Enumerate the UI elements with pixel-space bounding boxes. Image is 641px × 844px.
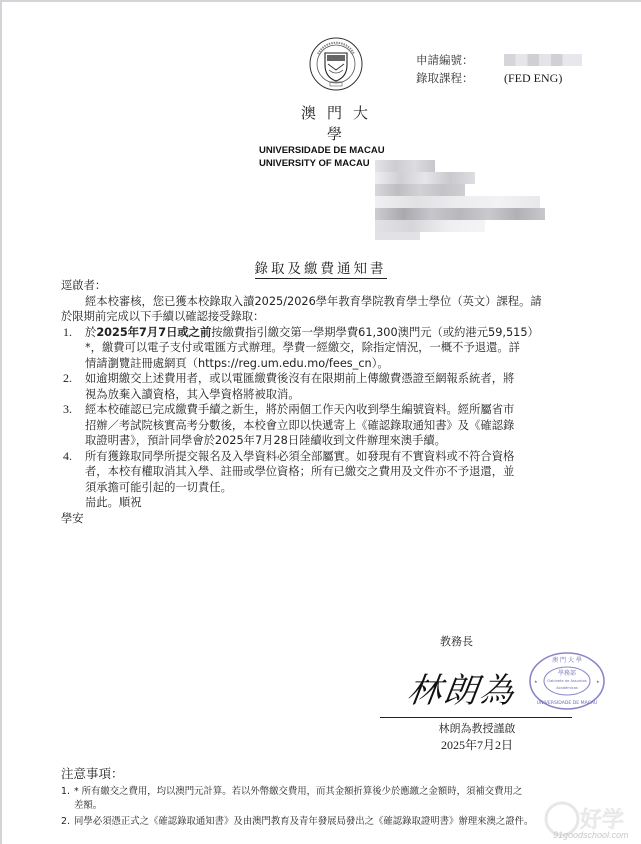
letter-body: 逕啟者： 經本校審核，您已獲本校錄取入讀2025/2026學年教育學院教育學士學…	[61, 278, 621, 526]
application-number-label: 申請編號：	[416, 51, 504, 69]
note-item: 2. 同學必須憑正式之《確認錄取通知書》及由澳門教育及青年發展局發出之《確認錄取…	[61, 815, 621, 829]
intro-line-1: 經本校審核，您已獲本校錄取入讀2025/2026學年教育學院教育學士學位（英文）…	[61, 294, 621, 310]
notes-section: 注意事項： 1. * 所有繳交之費用，均以澳門元計算。若以外幣繳交費用，而其金額…	[61, 764, 621, 829]
instruction-list: 1. 於2025年7月7日或之前按繳費指引繳交第一學期學費61,300澳門元（或…	[61, 325, 621, 511]
regards: 學安	[61, 511, 621, 527]
note-item: 1. * 所有繳交之費用，均以澳門元計算。若以外幣繳交費用，而其金額折算後少於應…	[61, 785, 621, 813]
signature-line	[380, 717, 572, 718]
svg-text:Gabinete de Assuntos: Gabinete de Assuntos	[547, 679, 587, 683]
program-value: (FED ENG)	[504, 69, 562, 87]
instruction-item: 2. 如逾期繳交上述費用者，或以電匯繳費後沒有在限期前上傳繳費憑證至網報系統者，…	[61, 371, 621, 402]
svg-text:UNIVERSIDADE DE MACAU: UNIVERSIDADE DE MACAU	[537, 700, 598, 706]
university-logo: 澳門大學 UNIVERSIDADE DE MACAU UNIVERSITY OF…	[281, 36, 391, 170]
university-name-cn: 澳門大學	[281, 102, 391, 144]
application-number-redacted	[504, 54, 582, 66]
registry-link-text: 情請瀏覽註冊處網頁（https://reg.um.edu.mo/fees_cn）…	[85, 356, 621, 372]
intro-line-2: 於限期前完成以下手續以確認接受錄取：	[61, 309, 621, 325]
instruction-item: 4. 所有獲錄取同學所提交報名及入學資料必須全部屬實。如發現有不實資料或不符合資…	[61, 449, 621, 511]
signature-block: 教務長 林朗為 澳 門 大 學 學務部 Gabinete de Assuntos…	[380, 633, 630, 649]
instruction-item: 3. 經本校確認已完成繳費手續之新生，將於兩個工作天內收到學生編號資料。經所屬省…	[61, 402, 621, 449]
svg-text:★: ★	[596, 679, 600, 684]
signature-date: 2025年7月2日	[402, 736, 552, 753]
notes-title: 注意事項：	[61, 764, 621, 782]
instruction-item: 1. 於2025年7月7日或之前按繳費指引繳交第一學期學費61,300澳門元（或…	[61, 325, 621, 372]
svg-text:★: ★	[534, 679, 538, 684]
handwritten-signature: 林朗為	[405, 663, 520, 712]
program-label: 錄取課程：	[416, 69, 504, 87]
watermark-text: 91goodschool.com	[553, 830, 629, 840]
office-stamp-icon: 澳 門 大 學 學務部 Gabinete de Assuntos Académi…	[528, 651, 606, 711]
signatory-title: 教務長	[380, 633, 630, 649]
university-name-pt: UNIVERSIDADE DE MACAU	[251, 144, 421, 157]
svg-text:學務部: 學務部	[558, 669, 576, 677]
svg-text:澳 門 大 學: 澳 門 大 學	[552, 656, 582, 664]
closing: 耑此。順祝	[85, 495, 621, 511]
signatory-name: 林朗為教授謹啟	[402, 721, 552, 736]
document-title: 錄取及繳費通知書	[0, 257, 641, 277]
svg-text:Académicos: Académicos	[556, 686, 578, 690]
payment-deadline: 2025年7月7日或之前	[96, 326, 211, 339]
application-meta: 申請編號： 錄取課程： (FED ENG)	[416, 51, 582, 87]
salutation: 逕啟者：	[61, 278, 621, 294]
recipient-address-redacted	[375, 160, 545, 240]
university-seal-icon	[308, 36, 364, 96]
